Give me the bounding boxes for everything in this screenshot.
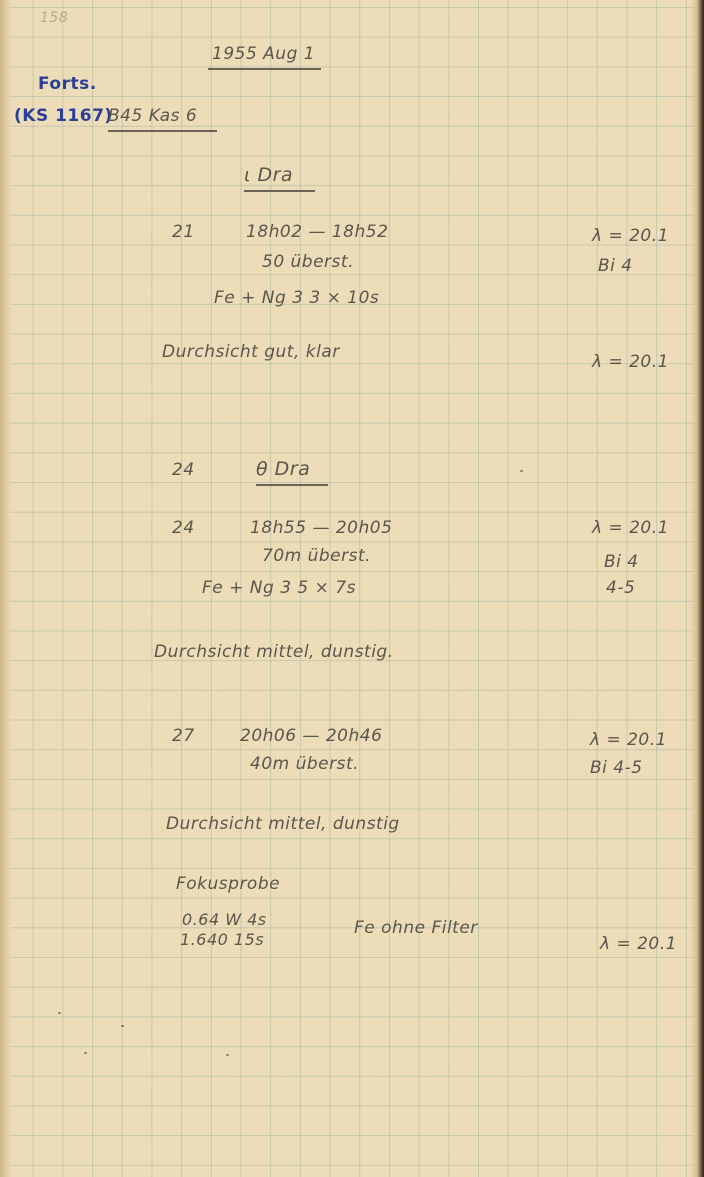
remark-lambda: λ = 20.1: [592, 352, 669, 372]
entry-exposure: 40m überst.: [250, 754, 359, 774]
remark-transparency: Durchsicht mittel, dunstig.: [154, 642, 394, 662]
entry-time: 20h06 — 20h46: [240, 726, 382, 746]
focus-test-note: Fe ohne Filter: [354, 918, 478, 938]
entry-filter: Fe + Ng 3 3 × 10s: [214, 288, 379, 308]
entry-number: 24: [172, 518, 195, 538]
entry-time: 18h55 — 20h05: [250, 518, 392, 538]
entry-number: 27: [172, 726, 195, 746]
paper-speck: [520, 470, 523, 472]
paper-speck: [226, 1054, 229, 1056]
paper-speck: [121, 1025, 124, 1027]
entry-filter: Fe + Ng 3 5 × 7s: [202, 578, 356, 598]
focus-test-lambda: λ = 20.1: [600, 934, 677, 954]
entry-lambda: λ = 20.1: [592, 518, 669, 538]
notebook-page: 158 1955 Aug 1 Forts. (KS 1167) B45 Kas …: [0, 0, 704, 1177]
margin-note-ks: (KS 1167): [14, 106, 113, 126]
paper-speck: [58, 1012, 61, 1014]
entry-seeing: Bi 4-5: [590, 758, 643, 778]
entry-seeing-range: 4-5: [606, 578, 635, 598]
entry-time: 18h02 — 18h52: [246, 222, 388, 242]
observation-date: 1955 Aug 1: [208, 44, 321, 70]
paper-speck: [84, 1052, 87, 1054]
margin-note-forts: Forts.: [38, 74, 97, 94]
entry-seeing: Bi 4: [604, 552, 639, 572]
entry-seeing: Bi 4: [598, 256, 633, 276]
entry-exposure: 50 überst.: [262, 252, 354, 272]
section-number: 24: [172, 460, 195, 480]
star-heading-iota-dra: ι Dra: [244, 164, 315, 192]
focus-test-line-1: 0.64 W 4s: [182, 910, 267, 929]
entry-exposure: 70m überst.: [262, 546, 371, 566]
entry-lambda: λ = 20.1: [592, 226, 669, 246]
corner-page-mark: 158: [40, 10, 68, 26]
plate-id: B45 Kas 6: [108, 106, 217, 132]
focus-test-title: Fokusprobe: [176, 874, 280, 894]
star-heading-theta-dra: θ Dra: [256, 458, 328, 486]
remark-transparency: Durchsicht gut, klar: [162, 342, 340, 362]
entry-number: 21: [172, 222, 195, 242]
entry-lambda: λ = 20.1: [590, 730, 667, 750]
focus-test-line-2: 1.640 15s: [180, 930, 264, 949]
remark-transparency: Durchsicht mittel, dunstig: [166, 814, 400, 834]
